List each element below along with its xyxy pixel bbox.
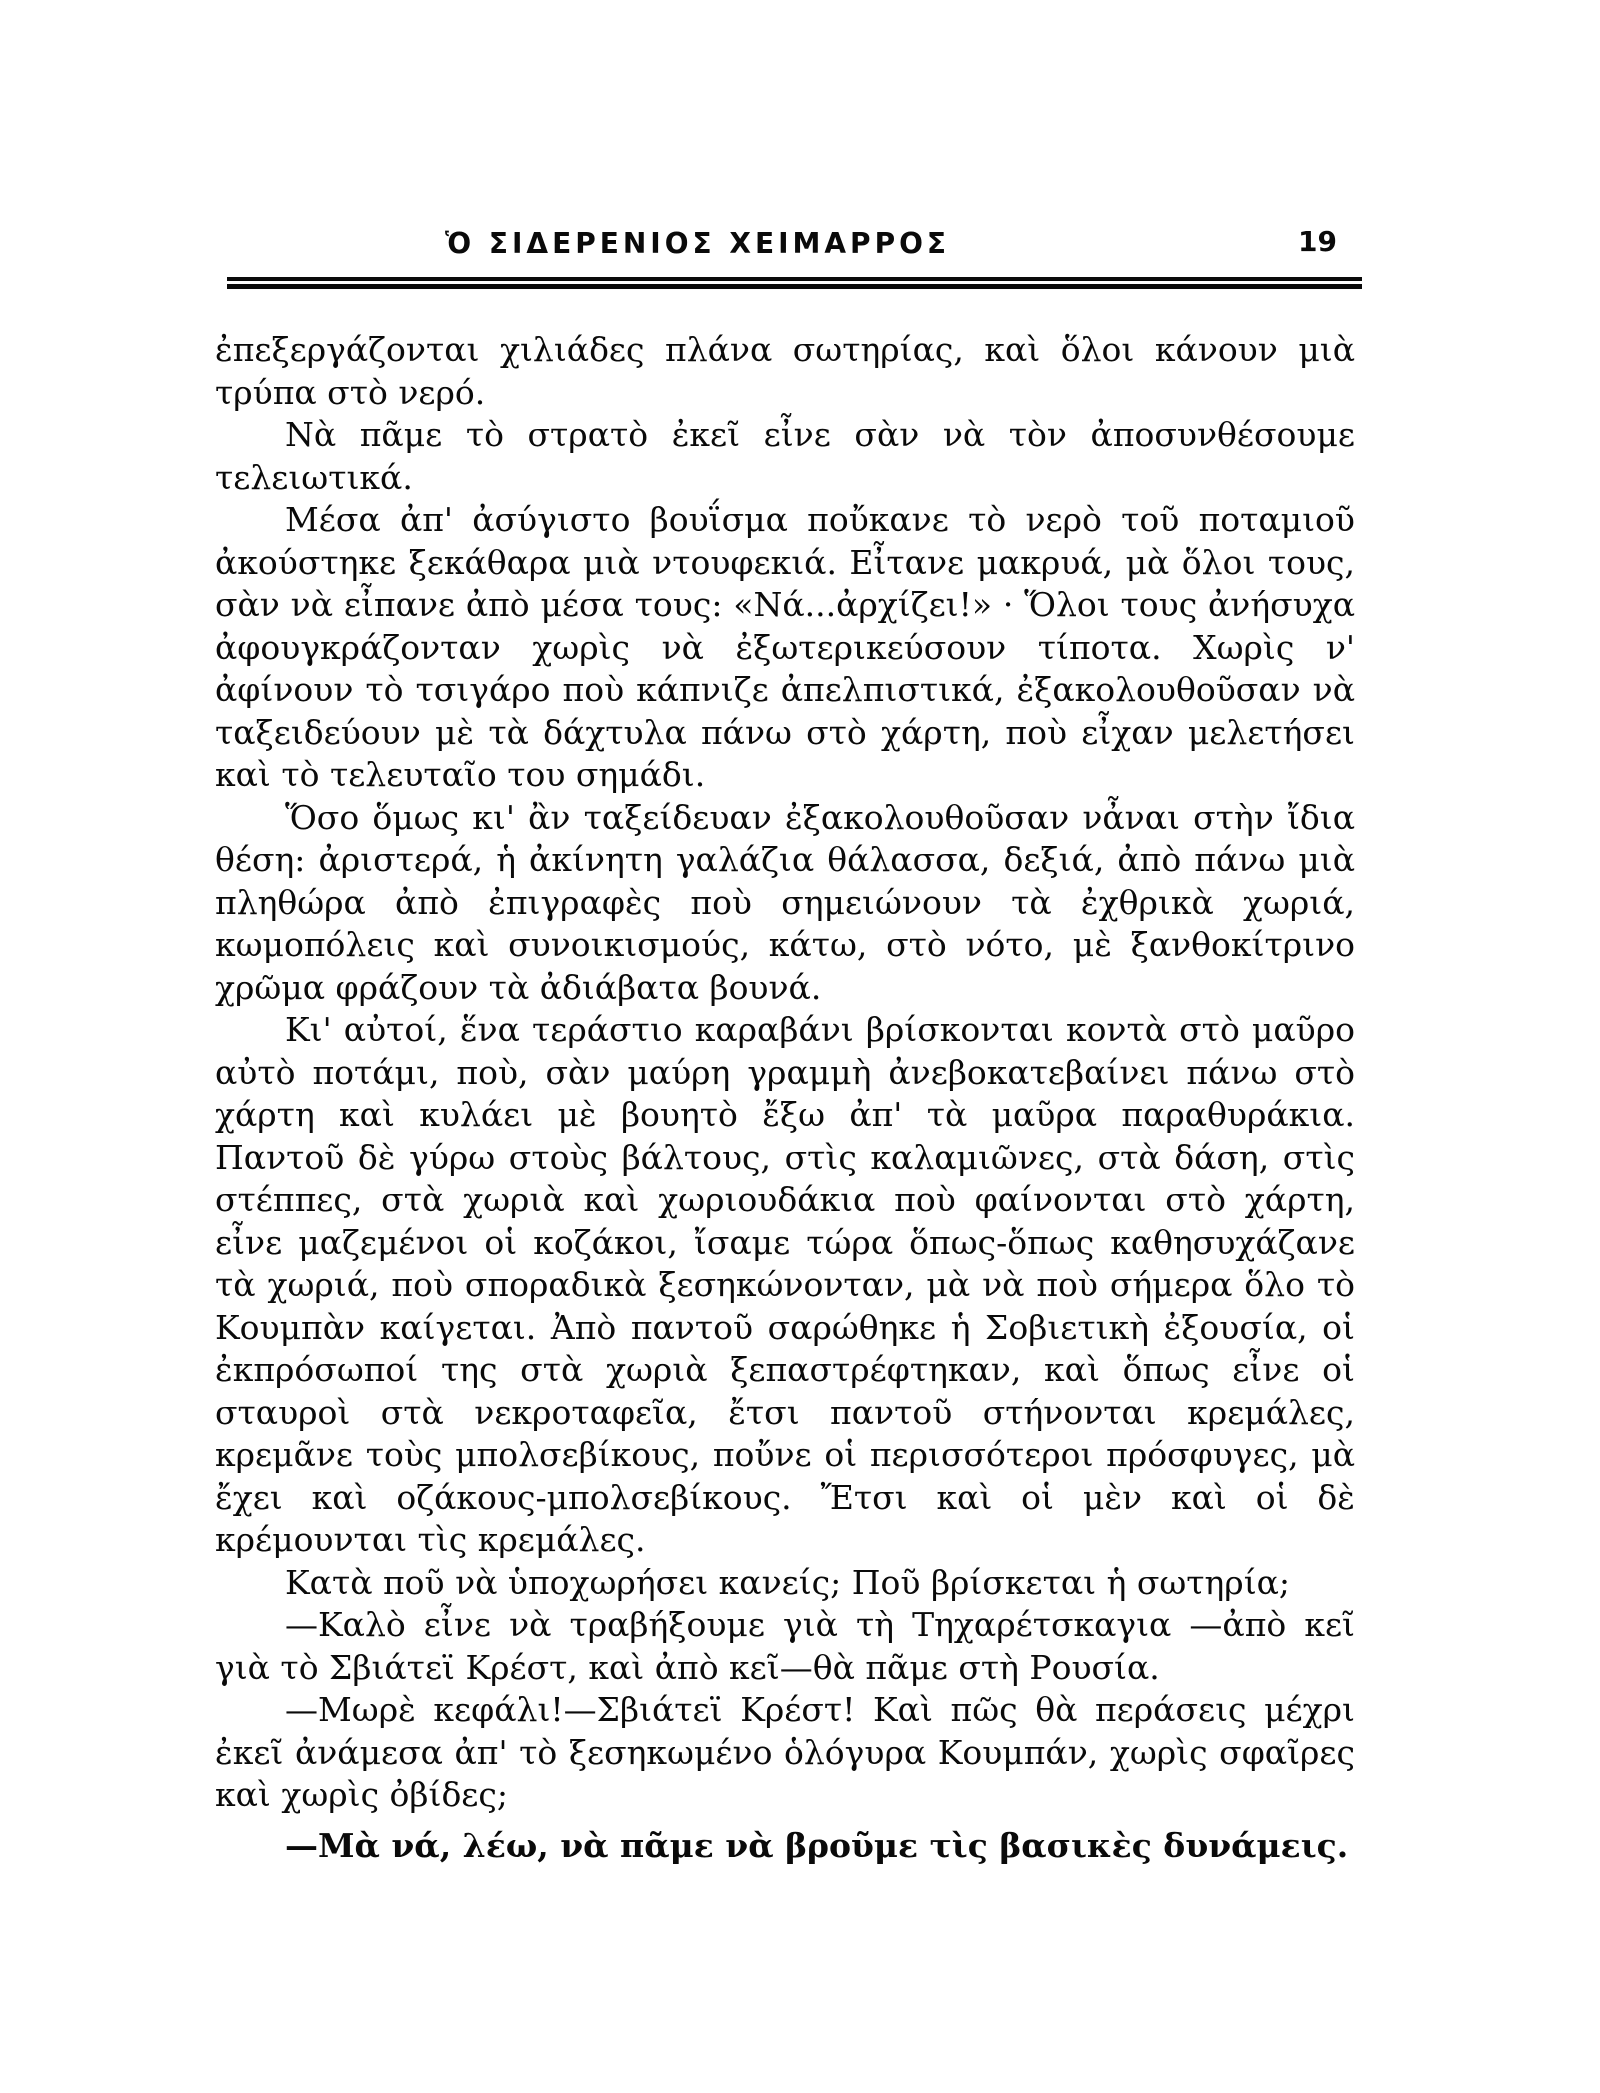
paragraph: Ὅσο ὅμως κι' ἂν ταξείδευαν ἐξακολουθοῦσα… [215,797,1355,1010]
running-title: Ὁ ΣΙΔΕΡΕΝΙΟΣ ΧΕΙΜΑΡΡΟΣ [445,227,950,260]
dialogue-line: —Μωρὲ κεφάλι!—Σβιάτεϊ Κρέστ! Καὶ πῶς θὰ … [215,1689,1355,1817]
paragraph: Κατὰ ποῦ νὰ ὑποχωρήσει κανείς; Ποῦ βρίσκ… [215,1562,1355,1605]
page-number: 19 [1298,225,1337,258]
paragraph: ἐπεξεργάζονται χιλιάδες πλάνα σωτηρίας, … [215,329,1355,414]
paragraph: Μέσα ἀπ' ἀσύγιστο βουΐσμα ποὔκανε τὸ νερ… [215,499,1355,797]
dialogue-line: —Καλὸ εἶνε νὰ τραβήξουμε γιὰ τὴ Τηχαρέτσ… [215,1604,1355,1689]
dialogue-line: —Μὰ νά, λέω, νὰ πᾶμε νὰ βροῦμε τὶς βασικ… [215,1825,1355,1868]
header-rule [227,277,1362,281]
body-text: ἐπεξεργάζονται χιλιάδες πλάνα σωτηρίας, … [215,329,1355,1867]
paragraph: Κι' αὐτοί, ἕνα τεράστιο καραβάνι βρίσκον… [215,1009,1355,1562]
paragraph: Νὰ πᾶμε τὸ στρατὸ ἐκεῖ εἶνε σὰν νὰ τὸν ἀ… [215,414,1355,499]
running-head: Ὁ ΣΙΔΕΡΕΝΙΟΣ ΧΕΙΜΑΡΡΟΣ 19 [215,225,1355,277]
header-rule-lower [227,284,1362,289]
book-page: Ὁ ΣΙΔΕΡΕΝΙΟΣ ΧΕΙΜΑΡΡΟΣ 19 ἐπεξεργάζονται… [215,225,1355,1867]
